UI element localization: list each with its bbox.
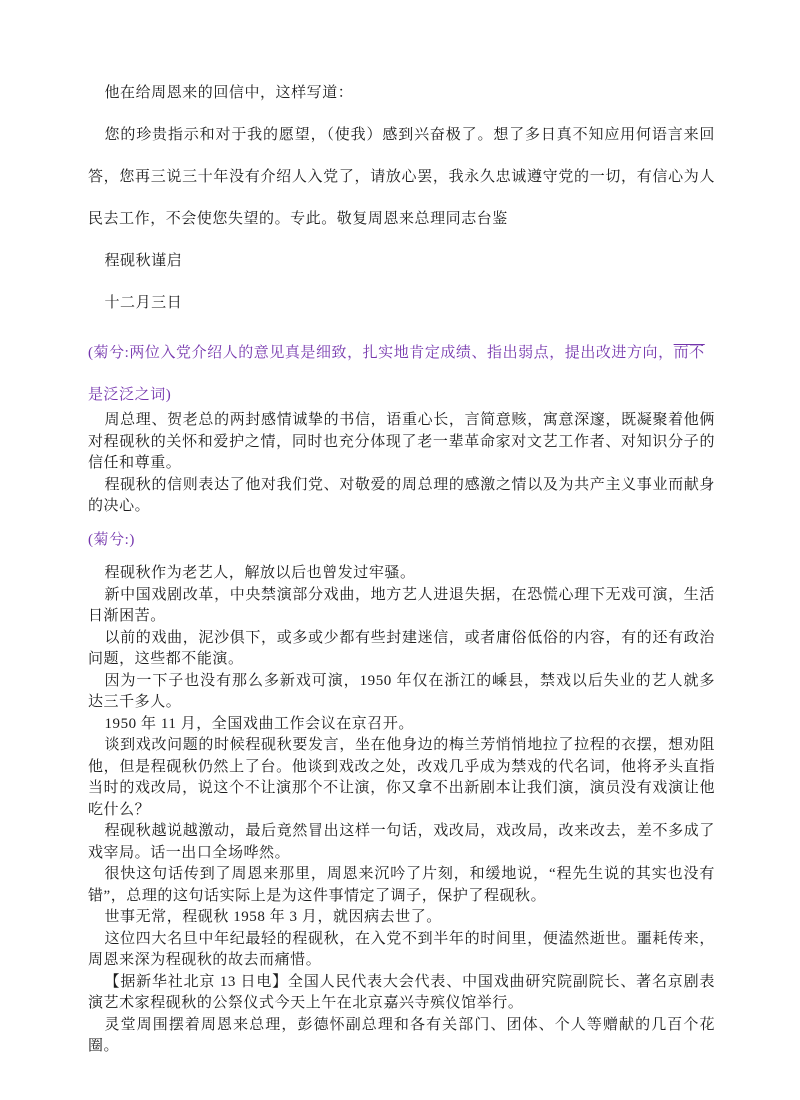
letter-body: 您的珍贵指示和对于我的愿望，（使我）感到兴奋极了。想了多日真不知应用何语言来回答…: [88, 114, 715, 240]
paragraph: 【据新华社北京 13 日电】全国人民代表大会代表、中国戏曲研究院副院长、著名京剧…: [88, 972, 715, 1015]
document-page: 他在给周恩来的回信中，这样写道： 您的珍贵指示和对于我的愿望，（使我）感到兴奋极…: [0, 0, 800, 1100]
paragraph: 这位四大名旦中年纪最轻的程砚秋，在入党不到半年的时间里，便溘然逝世。噩耗传来，周…: [88, 929, 715, 972]
paragraph: 新中国戏剧改革，中央禁演部分戏曲，地方艺人进退失据，在恐慌心理下无戏可演，生活日…: [88, 585, 715, 628]
paragraph: 周总理、贺老总的两封感情诚挚的书信，语重心长，言简意赅，寓意深邃，既凝聚着他俩对…: [88, 410, 715, 475]
letter-date: 十二月三日: [88, 282, 715, 324]
paragraph: 1950 年 11 月，全国戏曲工作会议在京召开。: [88, 714, 715, 736]
annotation-1-line2: 是泛泛之词): [88, 387, 171, 403]
intro-line: 他在给周恩来的回信中，这样写道：: [88, 72, 715, 114]
paragraph: 因为一下子也没有那么多新戏可演，1950 年仅在浙江的嵊县，禁戏以后失业的艺人就…: [88, 671, 715, 714]
annotation-2: (菊兮:): [88, 530, 715, 552]
letter-signature: 程砚秋谨启: [88, 240, 715, 282]
annotation-1-line1: (菊兮:两位入党介绍人的意见真是细致，扎实地肯定成绩、指出弱点，提出改进方向，: [88, 345, 674, 361]
paragraph: 以前的戏曲，泥沙俱下，或多或少都有些封建迷信，或者庸俗低俗的内容，有的还有政治问…: [88, 628, 715, 671]
annotation-1: (菊兮:两位入党介绍人的意见真是细致，扎实地肯定成绩、指出弱点，提出改进方向，而…: [88, 332, 715, 416]
paragraph: 世事无常，程砚秋 1958 年 3 月，就因病去世了。: [88, 907, 715, 929]
paragraph: 灵堂周围摆着周恩来总理，彭德怀副总理和各有关部门、团体、个人等赠献的几百个花圈。: [88, 1015, 715, 1058]
paragraph: 谈到戏改问题的时候程砚秋要发言，坐在他身边的梅兰芳悄悄地拉了拉程的衣摆，想劝阻他…: [88, 735, 715, 821]
paragraph: 程砚秋作为老艺人，解放以后也曾发过牢骚。: [88, 563, 715, 585]
paragraph: 程砚秋越说越激动，最后竟然冒出这样一句话，戏改局，戏改局，改来改去，差不多成了戏…: [88, 821, 715, 864]
commentary-section: 周总理、贺老总的两封感情诚挚的书信，语重心长，言简意赅，寓意深邃，既凝聚着他俩对…: [88, 410, 715, 518]
paragraph: 很快这句话传到了周恩来那里，周恩来沉吟了片刻，和缓地说，“程先生说的其实也没有错…: [88, 864, 715, 907]
story-section: 程砚秋作为老艺人，解放以后也曾发过牢骚。新中国戏剧改革，中央禁演部分戏曲，地方艺…: [88, 563, 715, 1058]
paragraph: 程砚秋的信则表达了他对我们党、对敬爱的周总理的感激之情以及为共产主义事业而献身的…: [88, 475, 715, 518]
annotation-1-overlined-text: 而不: [674, 345, 705, 361]
